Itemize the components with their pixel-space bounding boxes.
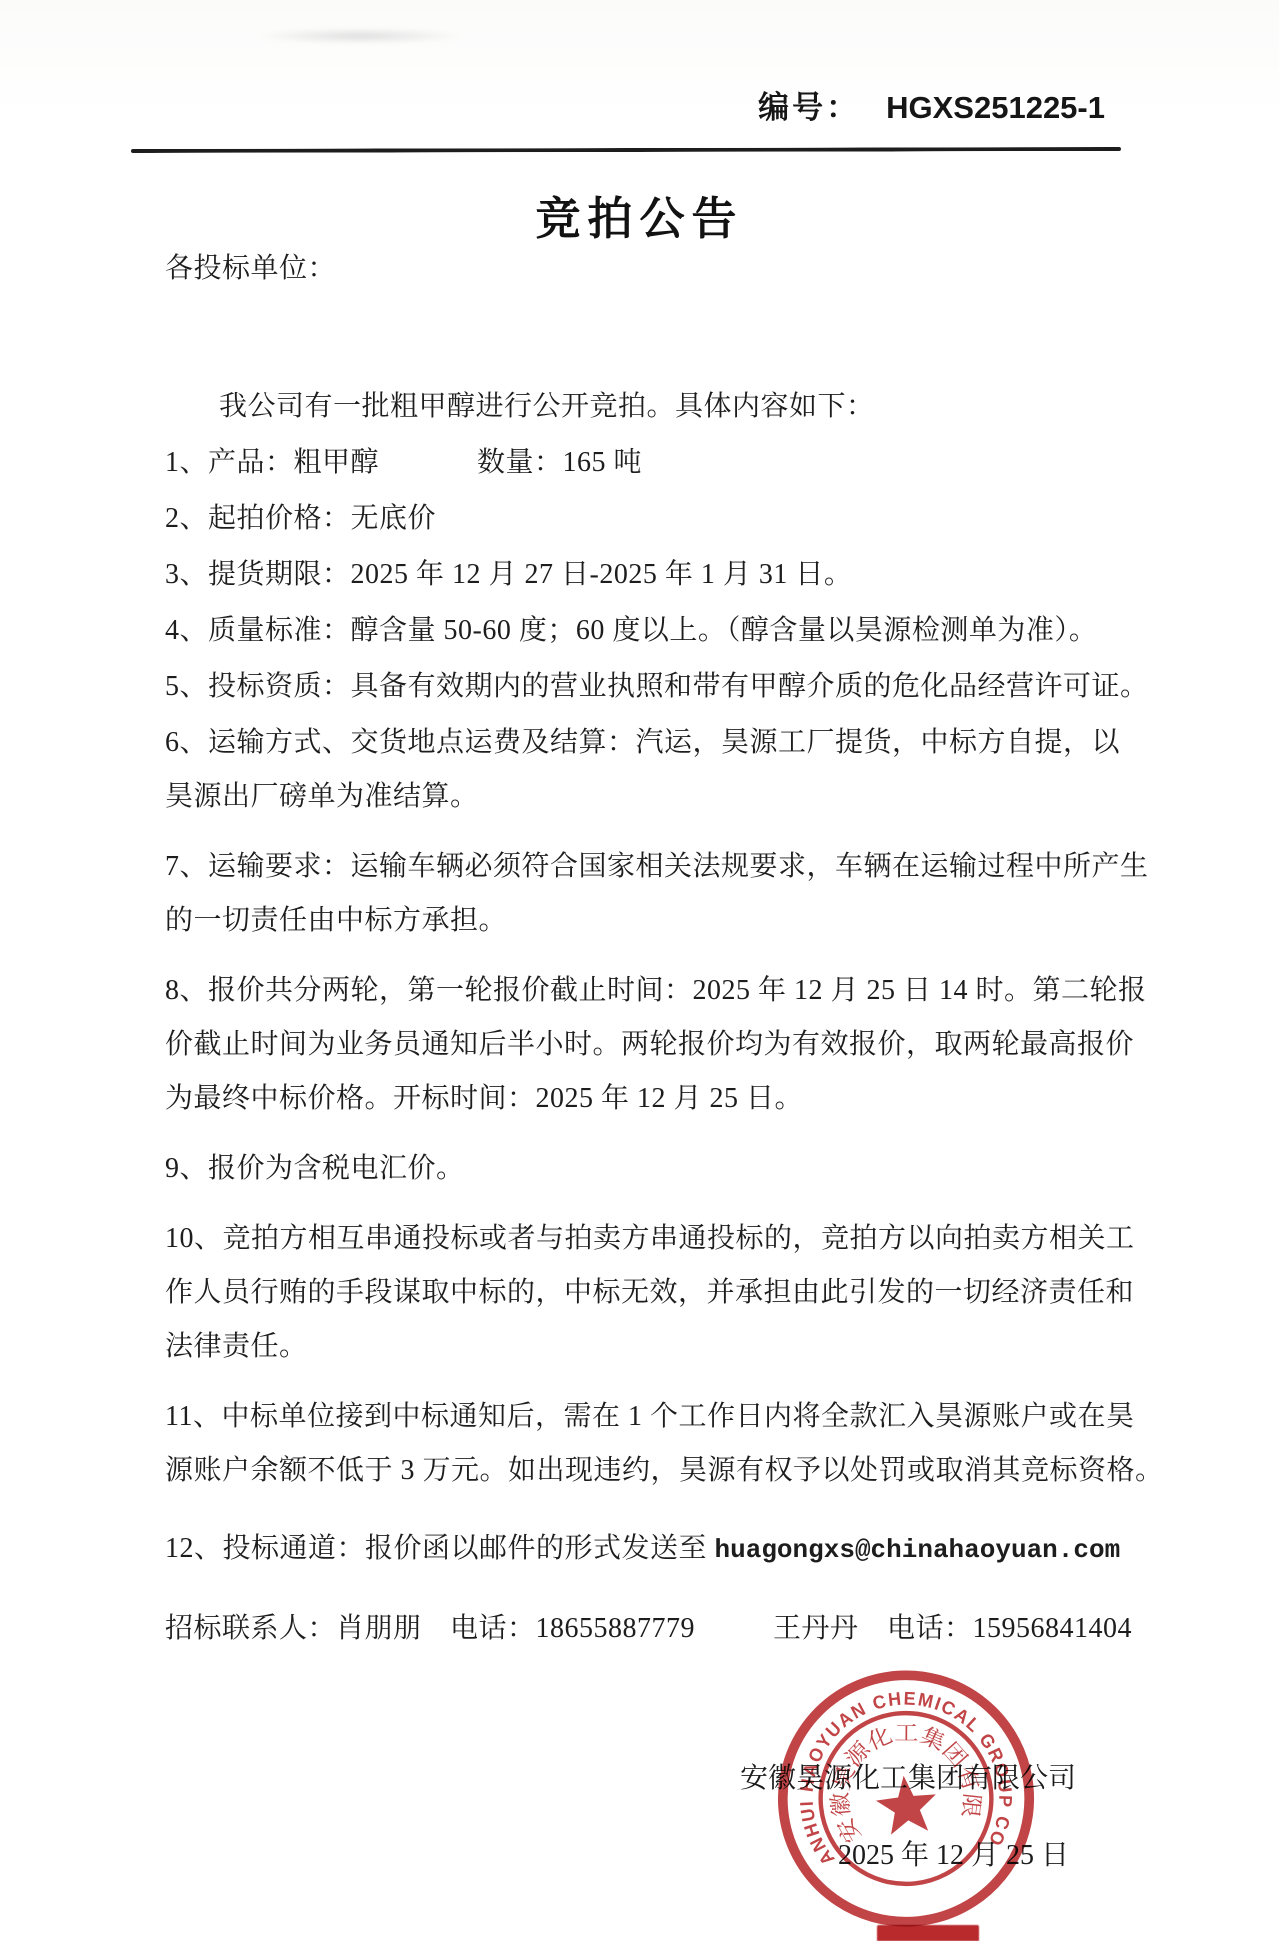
item-10-line-3: 法律责任。 bbox=[165, 1320, 1225, 1374]
salutation: 各投标单位： bbox=[165, 242, 1225, 296]
document-number: 编号：HGXS251225-1 bbox=[758, 82, 1105, 127]
item-3: 3、提货期限：2025 年 12 月 27 日-2025 年 1 月 31 日。 bbox=[165, 548, 1225, 602]
item-6-line-2: 昊源出厂磅单为准结算。 bbox=[165, 770, 1225, 824]
item-10-line-2: 作人员行贿的手段谋取中标的，中标无效，并承担由此引发的一切经济责任和 bbox=[165, 1266, 1225, 1320]
intro-paragraph: 我公司有一批粗甲醇进行公开竞拍。具体内容如下： bbox=[165, 380, 1225, 434]
item-8-line-1: 8、报价共分两轮，第一轮报价截止时间：2025 年 12 月 25 日 14 时… bbox=[165, 964, 1225, 1018]
scan-artifact-smudge bbox=[255, 28, 465, 44]
item-1-quantity: 数量：165 吨 bbox=[477, 447, 642, 478]
star-icon bbox=[874, 1773, 940, 1836]
item-10-line-1: 10、竞拍方相互串通投标或者与拍卖方串通投标的，竞拍方以向拍卖方相关工 bbox=[165, 1212, 1225, 1266]
item-4: 4、质量标准：醇含量 50-60 度；60 度以上。（醇含量以昊源检测单为准）。 bbox=[165, 604, 1225, 658]
item-12: 12、投标通道：报价函以邮件的形式发送至 huagongxs@chinahaoy… bbox=[165, 1522, 1225, 1576]
contact-1: 招标联系人：肖朋朋 电话：18655887779 bbox=[165, 1613, 695, 1644]
partial-seal-mark bbox=[877, 1925, 979, 1941]
document-body: 各投标单位： 我公司有一批粗甲醇进行公开竞拍。具体内容如下： 1、产品：粗甲醇数… bbox=[165, 242, 1225, 1656]
document-page: 编号：HGXS251225-1 竞拍公告 各投标单位： 我公司有一批粗甲醇进行公… bbox=[0, 0, 1279, 1941]
bid-email-address: huagongxs@chinahaoyuan.com bbox=[715, 1535, 1121, 1565]
item-8-line-3: 为最终中标价格。开标时间：2025 年 12 月 25 日。 bbox=[165, 1072, 1225, 1126]
company-seal-graphic: ANHUI HAOYUAN CHEMICAL GROUP CO.,LTD. 安徽… bbox=[774, 1656, 1038, 1941]
contact-2: 王丹丹 电话：15956841404 bbox=[773, 1613, 1132, 1644]
item-8-line-2: 价截止时间为业务员通知后半小时。两轮报价均为有效报价，取两轮最高报价 bbox=[165, 1018, 1225, 1072]
item-1-product: 1、产品：粗甲醇 bbox=[165, 447, 379, 478]
item-5: 5、投标资质：具备有效期内的营业执照和带有甲醇介质的危化品经营许可证。 bbox=[165, 660, 1225, 714]
company-seal: ANHUI HAOYUAN CHEMICAL GROUP CO.,LTD. 安徽… bbox=[774, 1656, 1038, 1941]
header-divider bbox=[131, 147, 1121, 153]
item-9: 9、报价为含税电汇价。 bbox=[165, 1142, 1225, 1196]
page-title: 竞拍公告 bbox=[0, 182, 1279, 247]
item-12-text: 12、投标通道：报价函以邮件的形式发送至 bbox=[165, 1533, 715, 1564]
contacts-line: 招标联系人：肖朋朋 电话：18655887779王丹丹 电话：159568414… bbox=[165, 1602, 1225, 1656]
item-7-line-2: 的一切责任由中标方承担。 bbox=[165, 894, 1225, 948]
item-6-line-1: 6、运输方式、交货地点运费及结算：汽运，昊源工厂提货，中标方自提，以 bbox=[165, 716, 1225, 770]
item-11-line-1: 11、中标单位接到中标通知后，需在 1 个工作日内将全款汇入昊源账户或在昊 bbox=[165, 1390, 1225, 1444]
item-2: 2、起拍价格：无底价 bbox=[165, 492, 1225, 546]
item-11-line-2: 源账户余额不低于 3 万元。如出现违约，昊源有权予以处罚或取消其竞标资格。 bbox=[165, 1444, 1225, 1498]
item-1: 1、产品：粗甲醇数量：165 吨 bbox=[165, 436, 1225, 490]
document-number-value: HGXS251225-1 bbox=[886, 90, 1105, 125]
document-number-label: 编号： bbox=[758, 90, 860, 125]
item-7-line-1: 7、运输要求：运输车辆必须符合国家相关法规要求，车辆在运输过程中所产生 bbox=[165, 840, 1225, 894]
